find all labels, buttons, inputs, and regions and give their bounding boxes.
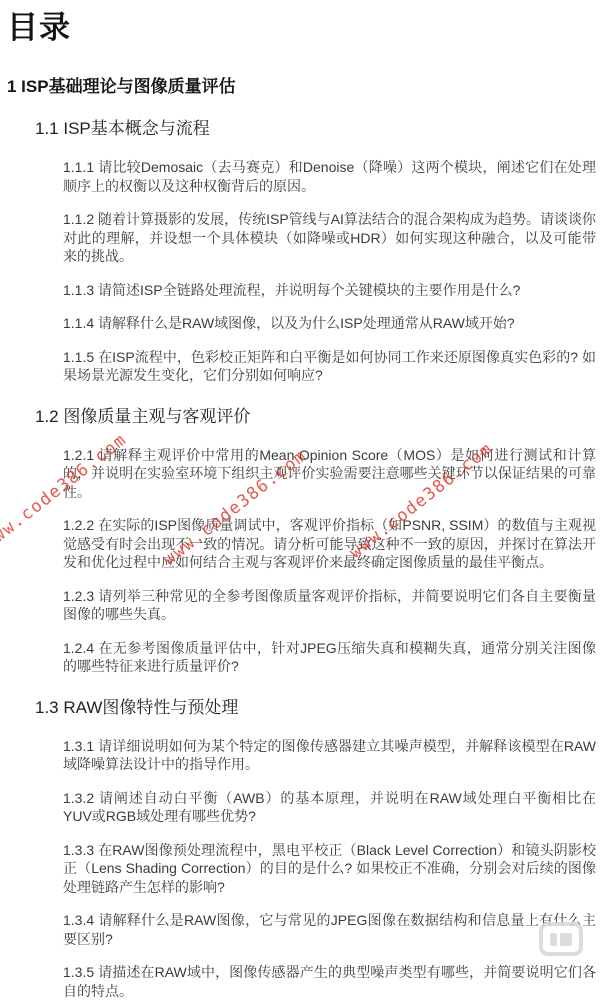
toc-item-1-3-1: 1.3.1 请详细说明如何为某个特定的图像传感器建立其噪声模型，并解释该模型在R…: [63, 737, 596, 774]
toc-item-1-3-2: 1.3.2 请阐述自动白平衡（AWB）的基本原理，并说明在RAW域处理白平衡相比…: [63, 789, 596, 826]
toc-item-1-2-2: 1.2.2 在实际的ISP图像质量调试中，客观评价指标（如PSNR, SSIM）…: [63, 516, 596, 572]
toc-item-1-3-5: 1.3.5 请描述在RAW域中，图像传感器产生的典型噪声类型有哪些，并简要说明它…: [63, 963, 596, 1000]
toc-item-1-1-4: 1.1.4 请解释什么是RAW域图像，以及为什么ISP处理通常从RAW域开始?: [63, 314, 596, 333]
toc-item-1-1-1: 1.1.1 请比较Demosaic（去马赛克）和Denoise（降噪）这两个模块…: [63, 158, 596, 195]
subsection-1-2-title: 1.2 图像质量主观与客观评价: [35, 407, 600, 427]
toc-item-1-1-2: 1.1.2 随着计算摄影的发展，传统ISP管线与AI算法结合的混合架构成为趋势。…: [63, 210, 596, 266]
toc-item-1-2-1: 1.2.1 请解释主观评价中常用的Mean Opinion Score（MOS）…: [63, 446, 596, 502]
subsection-1-1-title: 1.1 ISP基本概念与流程: [35, 119, 600, 139]
toc-item-1-2-3: 1.2.3 请列举三种常见的全参考图像质量客观评价指标，并简要说明它们各自主要衡…: [63, 587, 596, 624]
toc-item-1-3-3: 1.3.3 在RAW图像预处理流程中，黑电平校正（Black Level Cor…: [63, 841, 596, 897]
page-title: 目录: [0, 0, 600, 46]
section-1-title: 1 ISP基础理论与图像质量评估: [7, 77, 600, 97]
toc-item-1-1-3: 1.1.3 请简述ISP全链路处理流程，并说明每个关键模块的主要作用是什么?: [63, 281, 596, 300]
toc-item-1-1-5: 1.1.5 在ISP流程中，色彩校正矩阵和白平衡是如何协同工作来还原图像真实色彩…: [63, 348, 596, 385]
subsection-1-3-title: 1.3 RAW图像特性与预处理: [35, 698, 600, 718]
toc-page: 目录 1 ISP基础理论与图像质量评估 1.1 ISP基本概念与流程 1.1.1…: [0, 0, 600, 1000]
toc-item-1-2-4: 1.2.4 在无参考图像质量评估中，针对JPEG压缩失真和模糊失真，通常分别关注…: [63, 639, 596, 676]
toc-item-1-3-4: 1.3.4 请解释什么是RAW图像，它与常见的JPEG图像在数据结构和信息量上有…: [63, 911, 596, 948]
